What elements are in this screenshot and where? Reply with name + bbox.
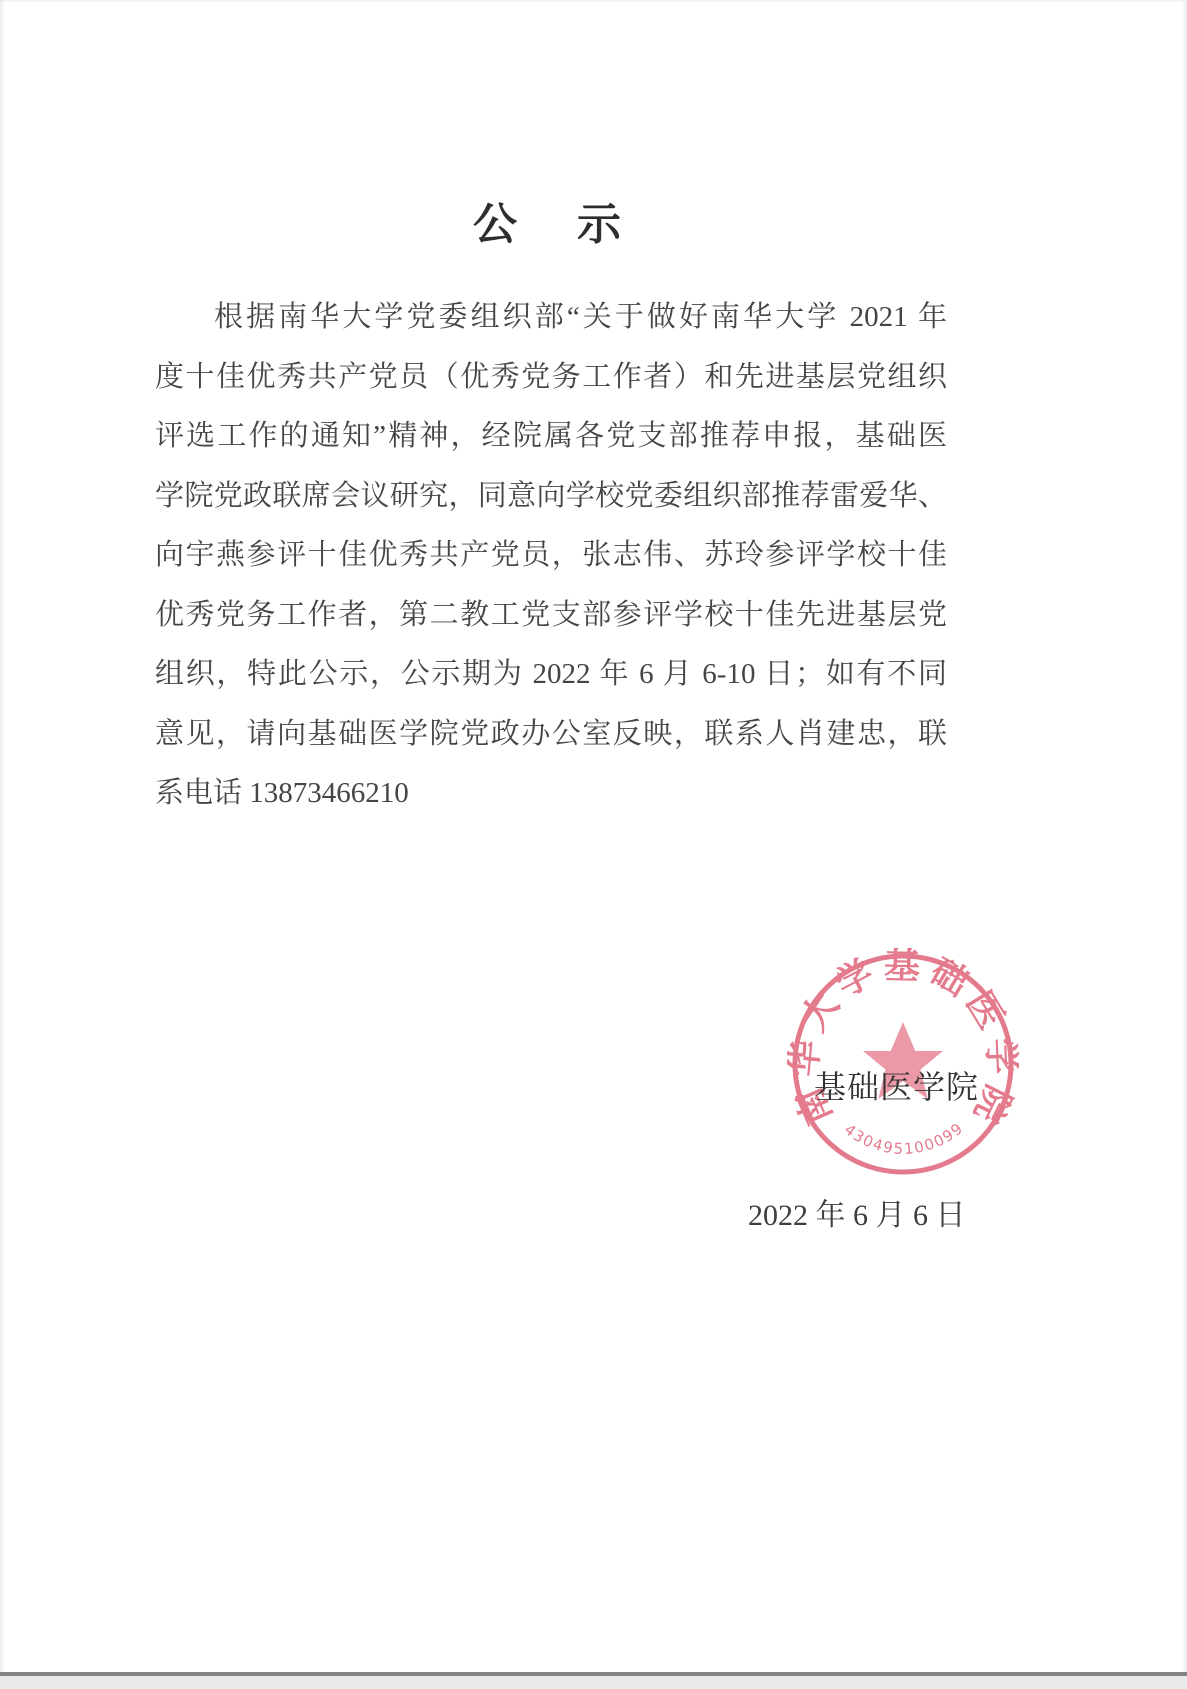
body-line: 学院党政联席会议研究，同意向学校党委组织部推荐雷爱华、: [155, 467, 947, 527]
body-line: 优秀党务工作者，第二教工党支部参评学校十佳先进基层党: [155, 586, 947, 646]
body-line: 向宇燕参评十佳优秀共产党员，张志伟、苏玲参评学校十佳: [155, 526, 947, 586]
page-bottom-edge: [0, 1672, 1187, 1689]
document-date: 2022 年 6 月 6 日: [748, 1190, 966, 1234]
body-line: 度十佳优秀共产党员（优秀党务工作者）和先进基层党组织: [155, 348, 947, 408]
signature-unit-name: 基础医学院: [814, 1062, 979, 1108]
notice-body: 根据南华大学党委组织部“关于做好南华大学 2021 年 度十佳优秀共产党员（优秀…: [155, 288, 947, 824]
body-line: 意见，请向基础医学院党政办公室反映，联系人肖建忠，联: [155, 705, 947, 765]
body-line: 系电话 13873466210: [155, 764, 947, 824]
body-line: 评选工作的通知”精神，经院属各党支部推荐申报，基础医: [155, 407, 947, 467]
notice-document-page: 公 示 根据南华大学党委组织部“关于做好南华大学 2021 年 度十佳优秀共产党…: [0, 0, 1187, 1689]
body-line: 根据南华大学党委组织部“关于做好南华大学 2021 年: [155, 288, 947, 348]
body-line: 组织，特此公示，公示期为 2022 年 6 月 6-10 日；如有不同: [155, 645, 947, 705]
page-title: 公 示: [155, 188, 947, 252]
